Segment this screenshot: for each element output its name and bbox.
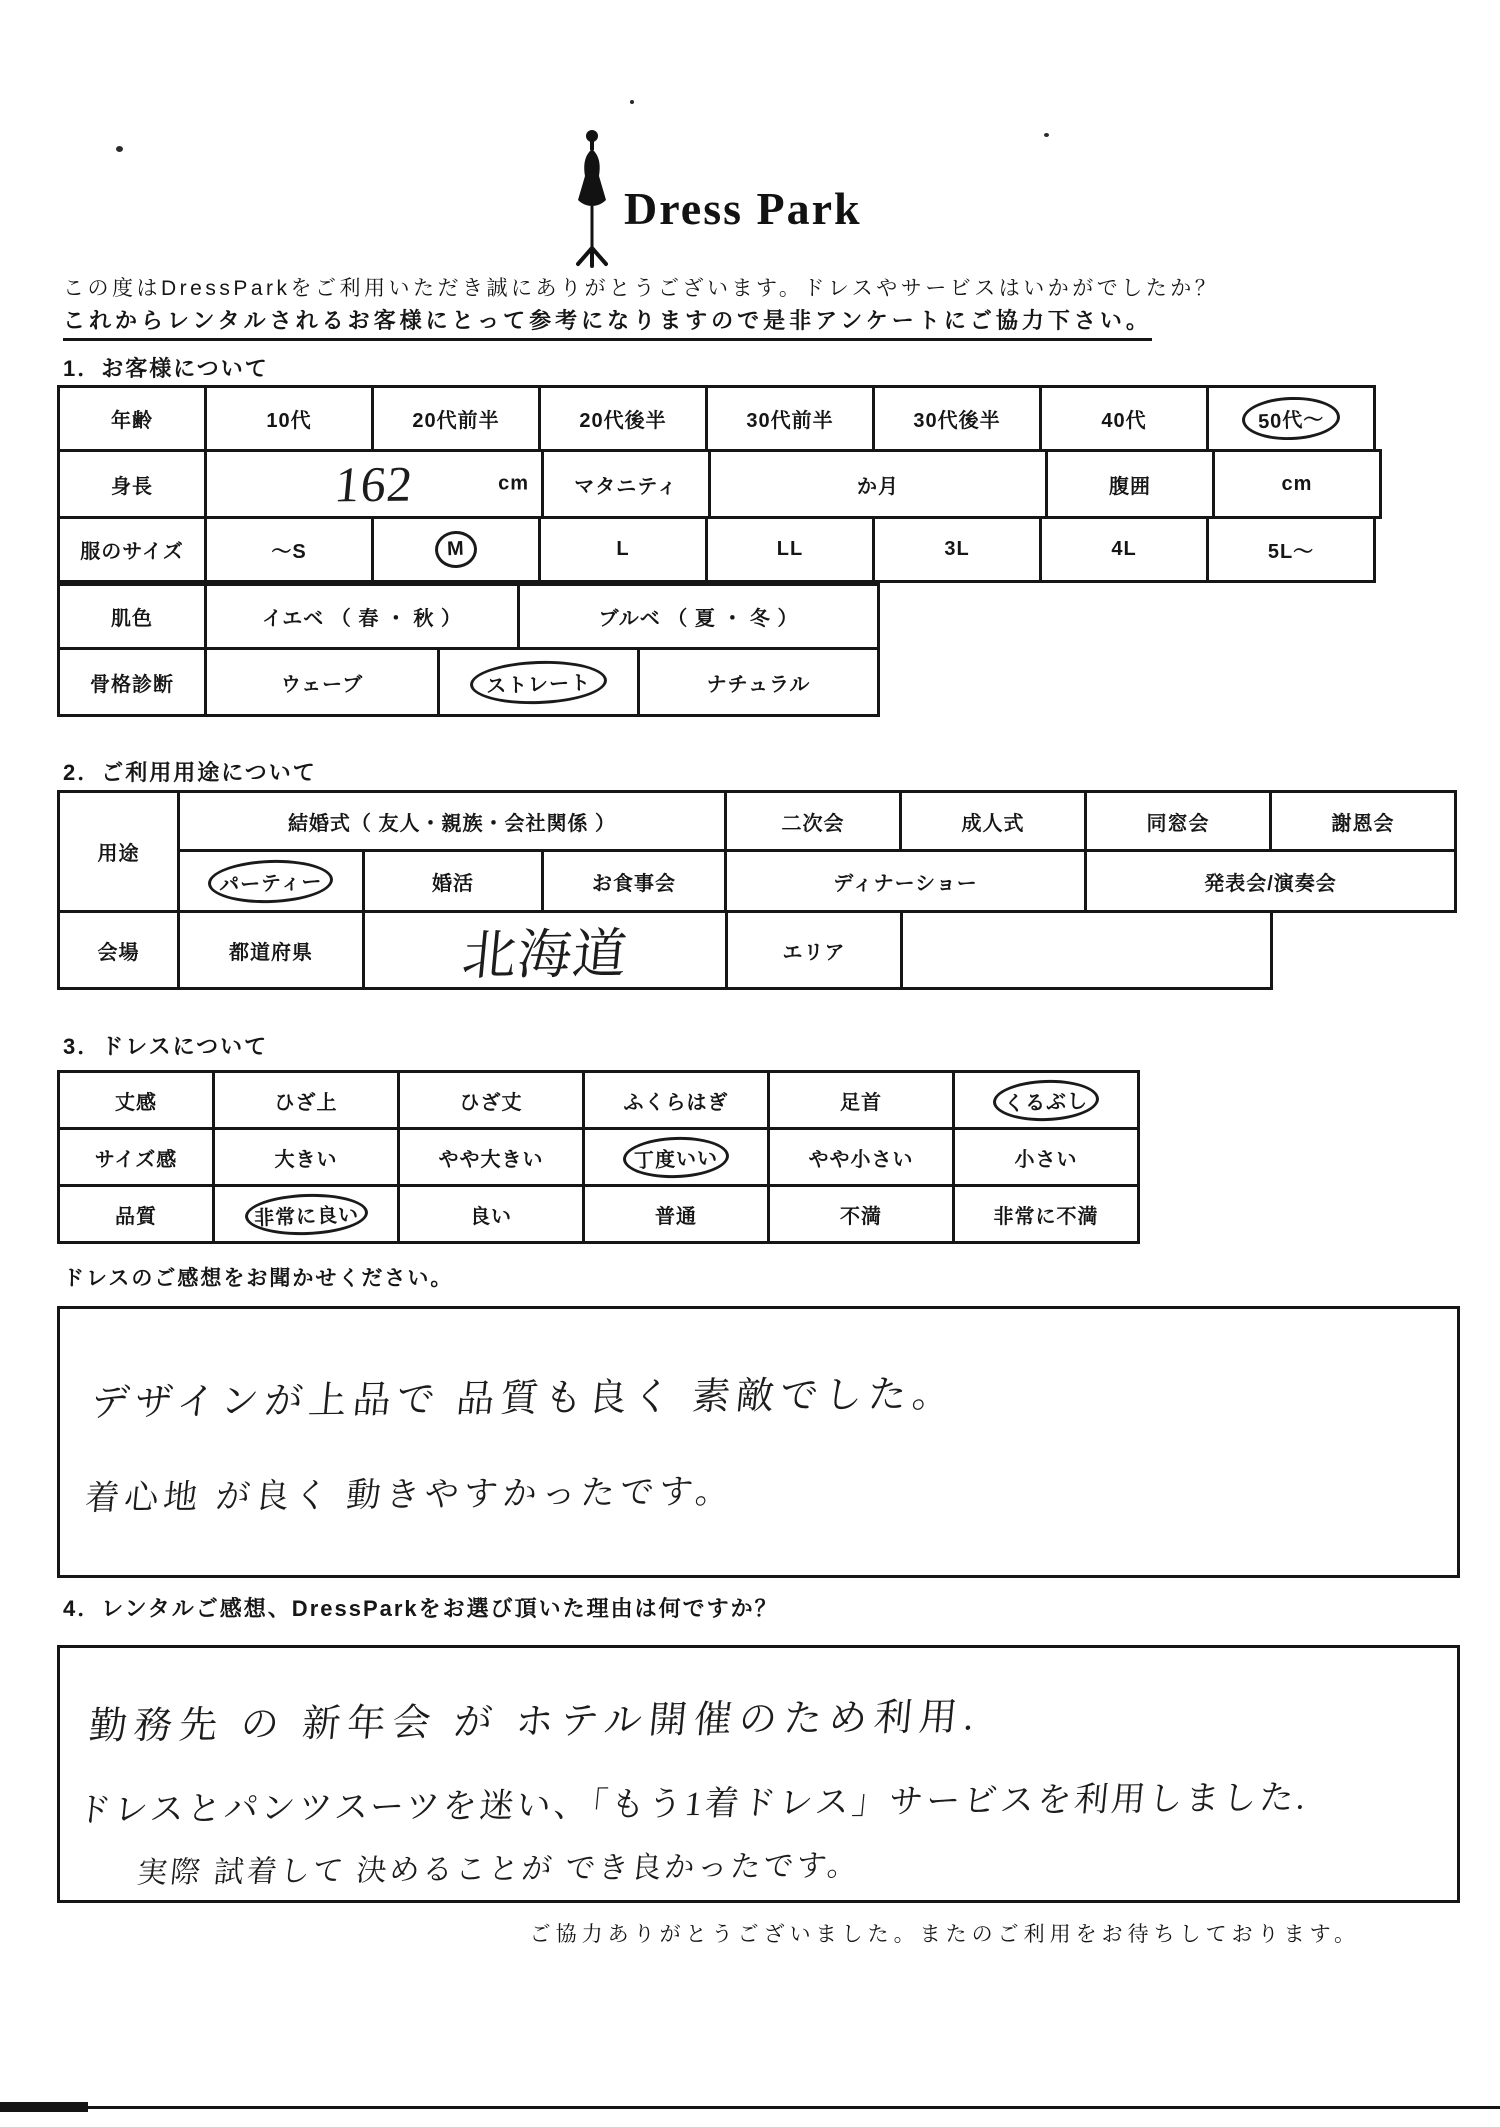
length-calf: ふくらはぎ <box>582 1070 770 1130</box>
logo-text: Dress Park <box>624 182 862 235</box>
fit-slightly-large: やや大きい <box>397 1127 585 1187</box>
handwritten-circle: ストレート <box>469 658 607 706</box>
clothing-size-row: 服のサイズ 〜S M L LL 3L 4L 5L〜 <box>57 516 1382 583</box>
quality-very-good-selected: 非常に良い <box>212 1184 400 1244</box>
purpose-recital: 発表会/演奏会 <box>1084 849 1457 913</box>
maternity-months-cell: か月 <box>708 449 1048 519</box>
size-option-5l: 5L〜 <box>1206 516 1376 583</box>
size-option-l: L <box>538 516 708 583</box>
skin-tone-row: 肌色 イエベ （ 春 ・ 秋 ） ブルベ （ 夏 ・ 冬 ） <box>57 583 880 650</box>
skin-option-yellow-base: イエベ （ 春 ・ 秋 ） <box>204 583 520 650</box>
footer-thanks: ご協力ありがとうございました。またのご利用をお待ちしております。 <box>530 1918 1360 1948</box>
quality-normal: 普通 <box>582 1184 770 1244</box>
length-ankle: 足首 <box>767 1070 955 1130</box>
length-row: 丈感 ひざ上 ひざ丈 ふくらはぎ 足首 くるぶし <box>57 1070 1140 1130</box>
height-label: 身長 <box>57 449 207 519</box>
fit-slightly-small: やや小さい <box>767 1127 955 1187</box>
fit-row: サイズ感 大きい やや大きい 丁度いい やや小さい 小さい <box>57 1127 1140 1187</box>
age-row: 年齢 10代 20代前半 20代後半 30代前半 30代後半 40代 50代〜 <box>57 385 1382 452</box>
maternity-label: マタニティ <box>541 449 711 519</box>
skin-option-blue-base: ブルベ （ 夏 ・ 冬 ） <box>517 583 880 650</box>
handwritten-reason-line3: 実際 試着して 決めることが でき良かったです。 <box>136 1840 863 1892</box>
purpose-row-1: 結婚式（ 友人・親族・会社関係 ） 二次会 成人式 同窓会 謝恩会 <box>177 790 1457 852</box>
scan-artifact-blob <box>0 2102 88 2112</box>
scan-artifact-line <box>0 2106 1500 2109</box>
waist-label: 腹囲 <box>1045 449 1215 519</box>
fit-label: サイズ感 <box>57 1127 215 1187</box>
age-option-late-20s: 20代後半 <box>538 385 708 452</box>
handwritten-reason-line2: ドレスとパンツスーツを迷い、「もう1着ドレス」サービスを利用しました. <box>75 1770 1311 1832</box>
purpose-coming-of-age: 成人式 <box>899 790 1087 852</box>
skeleton-label: 骨格診断 <box>57 647 207 717</box>
purpose-matchmaking: 婚活 <box>362 849 544 913</box>
handwritten-circle: M <box>435 530 478 568</box>
dress-table: 丈感 ひざ上 ひざ丈 ふくらはぎ 足首 くるぶし サイズ感 大きい やや大きい … <box>57 1070 1140 1244</box>
scan-artifact <box>1044 133 1049 137</box>
fit-just-right-selected: 丁度いい <box>582 1127 770 1187</box>
height-row: 身長 162 cm マタニティ か月 腹囲 cm <box>57 449 1382 519</box>
usage-table: 用途 結婚式（ 友人・親族・会社関係 ） 二次会 成人式 同窓会 謝恩会 パーテ… <box>57 790 1457 990</box>
skeleton-option-straight-selected: ストレート <box>437 647 640 717</box>
intro-line2: これからレンタルされるお客様にとって参考になりますので是非アンケートにご協力下さ… <box>63 304 1152 341</box>
skin-tone-label: 肌色 <box>57 583 207 650</box>
length-label: 丈感 <box>57 1070 215 1130</box>
section4-heading: 4．レンタルご感想、DressParkをお選び頂いた理由は何ですか？ <box>63 1592 779 1623</box>
size-option-4l: 4L <box>1039 516 1209 583</box>
size-option-m-selected: M <box>371 516 541 583</box>
handwritten-comment-line1: デザインが上品で 品質も良く 素敵でした。 <box>89 1362 959 1426</box>
area-value-cell <box>900 910 1273 990</box>
size-option-ll: LL <box>705 516 875 583</box>
purpose-rows: 用途 結婚式（ 友人・親族・会社関係 ） 二次会 成人式 同窓会 謝恩会 パーテ… <box>57 790 1457 913</box>
fit-small: 小さい <box>952 1127 1140 1187</box>
handwritten-circle: くるぶし <box>992 1078 1099 1123</box>
handwritten-circle: 丁度いい <box>622 1135 729 1180</box>
dress-comments-prompt: ドレスのご感想をお聞かせください。 <box>63 1262 453 1292</box>
purpose-thanks-party: 謝恩会 <box>1269 790 1457 852</box>
handwritten-circle: 50代〜 <box>1241 395 1341 441</box>
size-option-3l: 3L <box>872 516 1042 583</box>
skeleton-option-natural: ナチュラル <box>637 647 880 717</box>
age-option-late-30s: 30代後半 <box>872 385 1042 452</box>
length-knee: ひざ丈 <box>397 1070 585 1130</box>
scan-artifact <box>116 146 123 152</box>
dress-comments-box: デザインが上品で 品質も良く 素敵でした。 着心地 が良く 動きやすかったです。 <box>57 1306 1460 1578</box>
quality-very-unsatisfied: 非常に不満 <box>952 1184 1140 1244</box>
waist-unit-cell: cm <box>1212 449 1382 519</box>
skeleton-row: 骨格診断 ウェーブ ストレート ナチュラル <box>57 647 880 717</box>
rental-comments-box: 勤務先 の 新年会 が ホテル開催のため利用. ドレスとパンツスーツを迷い、「も… <box>57 1645 1460 1903</box>
skeleton-option-wave: ウェーブ <box>204 647 440 717</box>
age-option-early-20s: 20代前半 <box>371 385 541 452</box>
purpose-options: 結婚式（ 友人・親族・会社関係 ） 二次会 成人式 同窓会 謝恩会 パーティー … <box>177 790 1457 913</box>
questionnaire-page: Dress Park この度はDressParkをご利用いただき誠にありがとうご… <box>0 0 1500 2127</box>
clothing-size-label: 服のサイズ <box>57 516 207 583</box>
quality-label: 品質 <box>57 1184 215 1244</box>
logo: Dress Park <box>570 128 862 270</box>
age-option-early-30s: 30代前半 <box>705 385 875 452</box>
venue-label: 会場 <box>57 910 180 990</box>
purpose-wedding: 結婚式（ 友人・親族・会社関係 ） <box>177 790 727 852</box>
purpose-party-selected: パーティー <box>177 849 365 913</box>
quality-unsatisfied: 不満 <box>767 1184 955 1244</box>
purpose-row-2: パーティー 婚活 お食事会 ディナーショー 発表会/演奏会 <box>177 849 1457 913</box>
handwritten-comment-line2: 着心地 が良く 動きやすかったです。 <box>83 1464 737 1520</box>
purpose-reunion: 同窓会 <box>1084 790 1272 852</box>
age-option-40s: 40代 <box>1039 385 1209 452</box>
section1-heading: 1．お客様について <box>63 352 269 383</box>
age-label: 年齢 <box>57 385 207 452</box>
section3-heading: 3．ドレスについて <box>63 1030 268 1061</box>
prefecture-label: 都道府県 <box>177 910 365 990</box>
area-label: エリア <box>725 910 903 990</box>
quality-good: 良い <box>397 1184 585 1244</box>
handwritten-prefecture: 北海道 <box>459 911 631 990</box>
dress-form-icon <box>570 128 614 270</box>
length-above-knee: ひざ上 <box>212 1070 400 1130</box>
handwritten-circle: パーティー <box>208 857 335 904</box>
prefecture-value-cell: 北海道 <box>362 910 728 990</box>
purpose-dinner-show: ディナーショー <box>724 849 1087 913</box>
purpose-label: 用途 <box>57 790 180 913</box>
customer-table-bottom: 肌色 イエベ （ 春 ・ 秋 ） ブルベ （ 夏 ・ 冬 ） 骨格診断 ウェーブ… <box>57 583 880 717</box>
purpose-afterparty: 二次会 <box>724 790 902 852</box>
age-option-50s-selected: 50代〜 <box>1206 385 1376 452</box>
customer-table-top: 年齢 10代 20代前半 20代後半 30代前半 30代後半 40代 50代〜 … <box>57 385 1382 583</box>
height-value-cell: 162 cm <box>204 449 544 519</box>
age-option-10s: 10代 <box>204 385 374 452</box>
scan-artifact <box>630 100 634 104</box>
handwritten-height: 162 <box>332 455 416 514</box>
venue-row: 会場 都道府県 北海道 エリア <box>57 910 1457 990</box>
length-anklebone-selected: くるぶし <box>952 1070 1140 1130</box>
fit-large: 大きい <box>212 1127 400 1187</box>
section2-heading: 2．ご利用用途について <box>63 756 317 787</box>
purpose-dinner-party: お食事会 <box>541 849 727 913</box>
size-option-s: 〜S <box>204 516 374 583</box>
quality-row: 品質 非常に良い 良い 普通 不満 非常に不満 <box>57 1184 1140 1244</box>
intro-line1: この度はDressParkをご利用いただき誠にありがとうございます。ドレスやサー… <box>63 272 1219 302</box>
handwritten-circle: 非常に良い <box>244 1191 368 1236</box>
handwritten-reason-line1: 勤務先 の 新年会 が ホテル開催のため利用. <box>87 1685 984 1749</box>
height-unit: cm <box>498 473 529 496</box>
